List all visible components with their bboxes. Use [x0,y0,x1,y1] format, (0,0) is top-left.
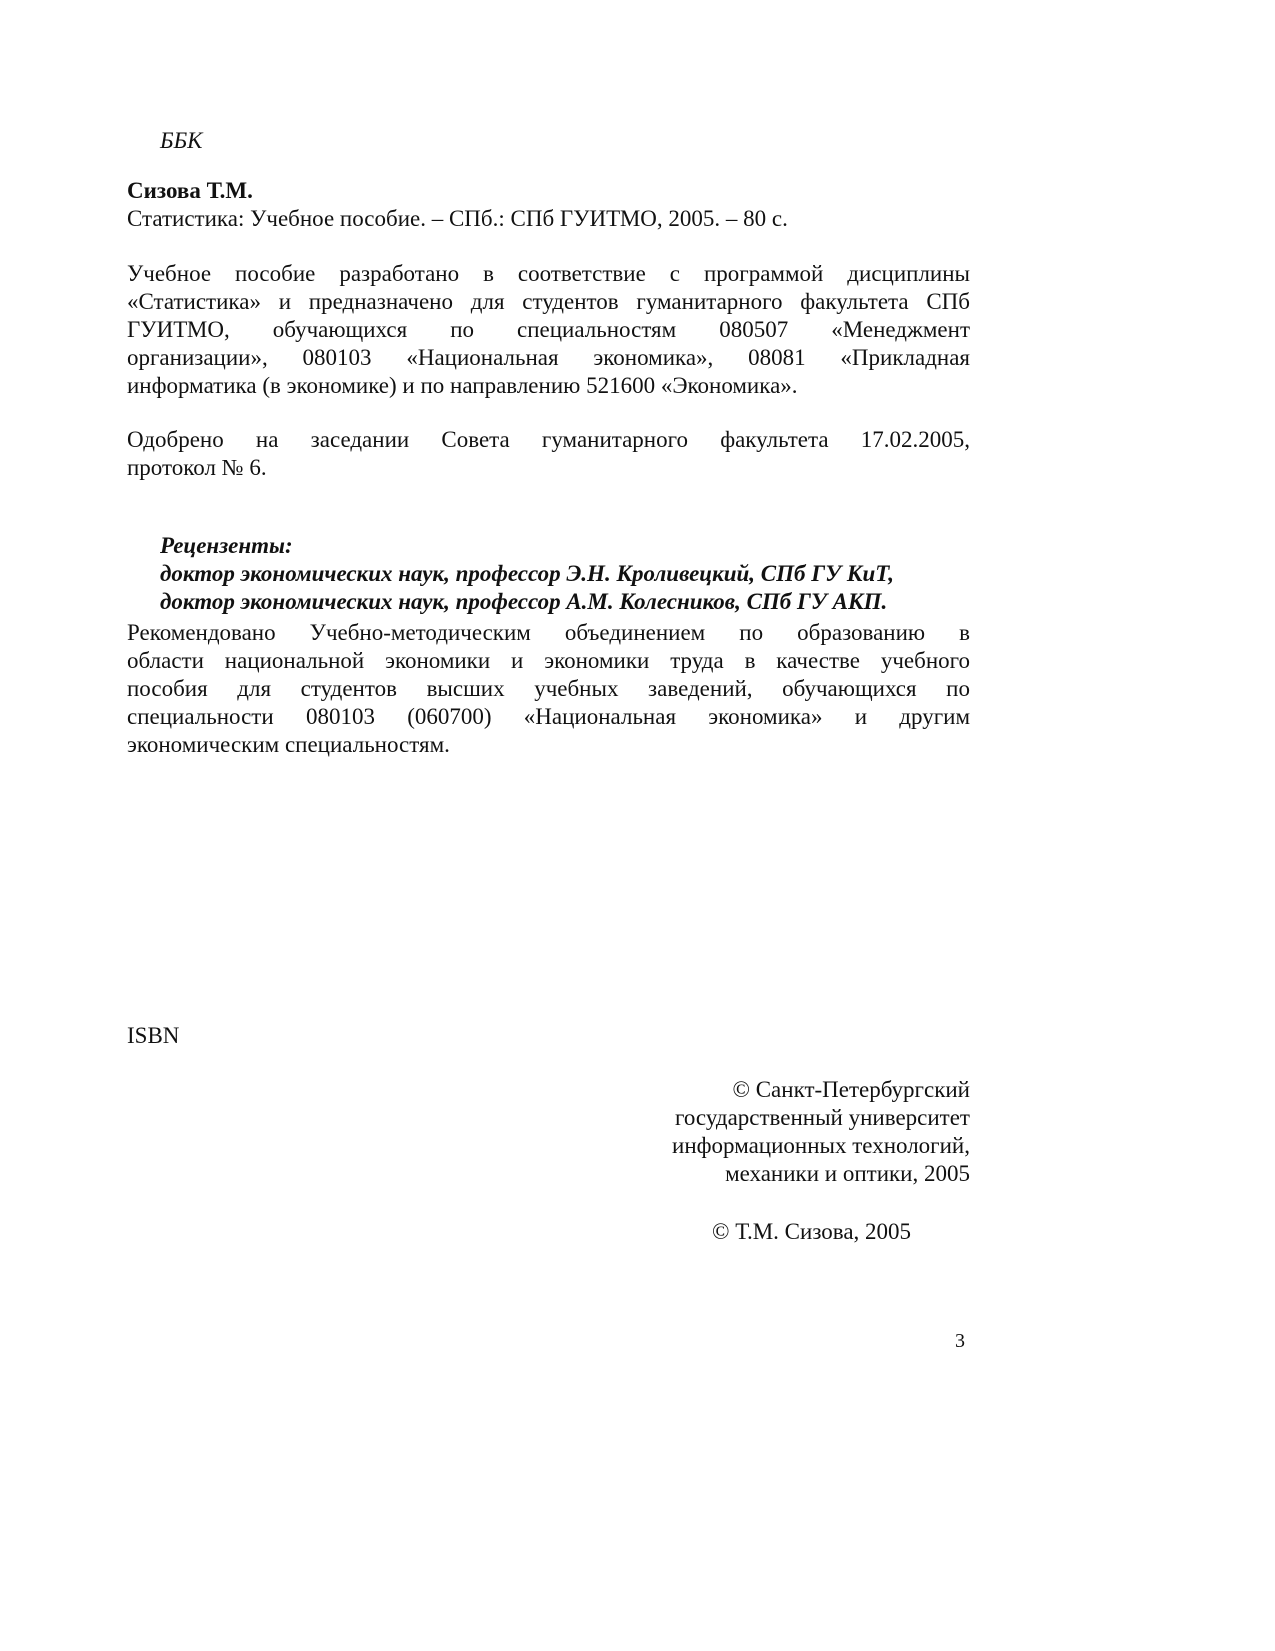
reviewers-title: Рецензенты: [160,532,894,560]
copyright-line: информационных технологий, [672,1132,970,1160]
copyright-institution: © Санкт-Петербургский государственный ун… [672,1076,970,1188]
recommendation-line: специальности 080103 (060700) «Националь… [127,703,970,731]
recommendation-line: экономическим специальностям. [127,731,970,759]
approval-line: протокол № 6. [127,454,970,482]
reviewer-item: доктор экономических наук, профессор Э.Н… [160,560,894,588]
abstract-line: информатика (в экономике) и по направлен… [127,372,970,400]
reviewer-item: доктор экономических наук, профессор А.М… [160,588,894,616]
page-number: 3 [955,1330,965,1353]
copyright-line: © Санкт-Петербургский [672,1076,970,1104]
copyright-author: © Т.М. Сизова, 2005 [712,1218,911,1246]
citation-description: Статистика: Учебное пособие. – СПб.: СПб… [127,205,970,233]
document-page: ББК Сизова Т.М. Статистика: Учебное посо… [0,0,1275,1651]
bbk-label: ББК [160,127,202,155]
copyright-line: государственный университет [672,1104,970,1132]
approval-line: Одобрено на заседании Совета гуманитарно… [127,426,970,454]
abstract-line: ГУИТМО, обучающихся по специальностям 08… [127,316,970,344]
citation: Сизова Т.М. Статистика: Учебное пособие.… [127,177,970,233]
recommendation-line: пособия для студентов высших учебных зав… [127,675,970,703]
abstract-paragraph: Учебное пособие разработано в соответств… [127,260,970,400]
abstract-line: «Статистика» и предназначено для студент… [127,288,970,316]
recommendation-line: области национальной экономики и экономи… [127,647,970,675]
recommendation-line: Рекомендовано Учебно-методическим объеди… [127,619,970,647]
abstract-line: Учебное пособие разработано в соответств… [127,260,970,288]
author-name: Сизова Т.М. [127,177,970,205]
approval-paragraph: Одобрено на заседании Совета гуманитарно… [127,426,970,482]
copyright-line: механики и оптики, 2005 [672,1160,970,1188]
reviewers-section: Рецензенты: доктор экономических наук, п… [160,532,894,616]
abstract-line: организации», 080103 «Национальная эконо… [127,344,970,372]
recommendation-paragraph: Рекомендовано Учебно-методическим объеди… [127,619,970,759]
isbn-label: ISBN [127,1022,179,1050]
